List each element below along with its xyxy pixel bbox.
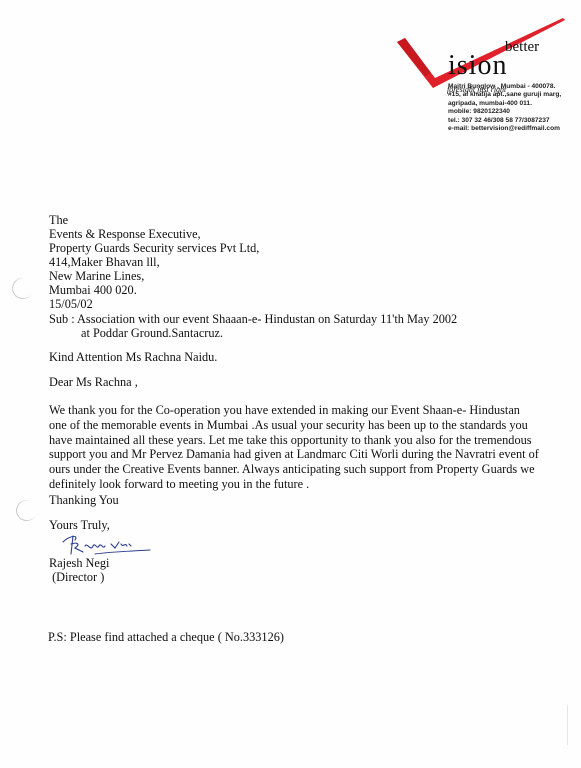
recipient-line: New Marine Lines,: [49, 269, 259, 283]
body-line: have maintained all these years. Let me …: [49, 433, 539, 448]
subject-line: Sub : Association with our event Shaaan-…: [49, 312, 457, 340]
letterhead-address: Maitri Bunglow , Mumbai - 400078. #15, a…: [448, 83, 561, 133]
signer-block: Rajesh Negi (Director ): [49, 556, 109, 584]
closing-thanks: Thanking You: [49, 493, 119, 507]
postscript: P.S: Please find attached a cheque ( No.…: [48, 630, 284, 645]
recipient-block: The Events & Response Executive, Propert…: [49, 213, 259, 311]
signer-name: Rajesh Negi: [49, 556, 109, 570]
logo-word-better: better: [505, 40, 539, 55]
letter-date: 15/05/02: [49, 297, 259, 311]
body-paragraph: We thank you for the Co-operation you ha…: [49, 403, 539, 492]
address-email: e-mail: bettervision@rediffmail.com: [448, 125, 561, 133]
address-line: tel.: 307 32 46/308 58 77/3087237: [448, 117, 561, 125]
address-line: #15, al khatija apt.,sane guruji marg,: [448, 91, 561, 99]
scan-edge-mark: [567, 705, 568, 745]
body-line: support you and Mr Pervez Damania had gi…: [49, 447, 539, 462]
recipient-line: Property Guards Security services Pvt Lt…: [49, 241, 259, 255]
recipient-line: 414,Maker Bhavan lll,: [49, 255, 259, 269]
logo-word-ision: ision: [448, 52, 507, 80]
subject-line-2: at Poddar Ground.Santacruz.: [49, 326, 457, 340]
attention-line: Kind Attention Ms Rachna Naidu.: [49, 350, 217, 364]
address-line: Maitri Bunglow , Mumbai - 400078.: [448, 83, 561, 91]
punch-hole-mark: [9, 275, 36, 302]
address-line: agripada, mumbai-400 011.: [448, 100, 561, 108]
body-line: We thank you for the Co-operation you ha…: [49, 403, 539, 418]
punch-hole-mark: [13, 497, 40, 524]
recipient-line: The: [49, 213, 259, 227]
company-logo: better ision foresight just right: [395, 18, 575, 88]
body-line: one of the memorable events in Mumbai .A…: [49, 418, 539, 433]
subject-line-1: Sub : Association with our event Shaaan-…: [49, 312, 457, 326]
salutation: Dear Ms Rachna ,: [49, 375, 138, 389]
recipient-line: Events & Response Executive,: [49, 227, 259, 241]
body-line: ours under the Creative Events banner. A…: [49, 462, 539, 477]
body-line: definitely look forward to meeting you i…: [49, 477, 539, 492]
address-line: mobile: 9820122340: [448, 108, 561, 116]
signer-title: (Director ): [49, 570, 109, 584]
recipient-line: Mumbai 400 020.: [49, 283, 259, 297]
letter-page: better ision foresight just right Maitri…: [0, 0, 581, 768]
